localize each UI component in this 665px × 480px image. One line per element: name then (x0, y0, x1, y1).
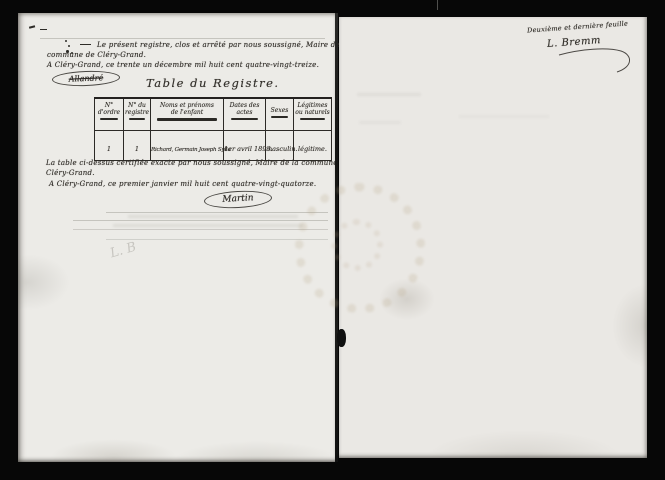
verifier-signature: L. Bremm (547, 35, 602, 50)
ruled-line (73, 220, 328, 221)
bleed-through-smudge (359, 121, 401, 124)
col-header-registre: N° du registre (124, 98, 151, 131)
ink-speck (40, 29, 47, 30)
ink-speck (68, 45, 70, 47)
ruled-line (106, 212, 328, 213)
cell-sexe: masculin. (266, 145, 298, 153)
register-table: N° d'ordre N° du registre Noms et prénom… (94, 97, 332, 161)
ink-speck (29, 25, 35, 28)
page-left: Le présent registre, clos et arrêté par … (18, 13, 336, 462)
cell-legitime: légitime. (298, 145, 327, 153)
cell-nom: Richard, Germain Joseph Sylla (151, 147, 231, 153)
closing-statement-line1: Le présent registre, clos et arrêté par … (97, 41, 349, 49)
table-header-row: N° d'ordre N° du registre Noms et prénom… (95, 98, 332, 131)
mayor-signature-crossed: Allandré (52, 70, 120, 87)
mayor-signature-martin: Martin (204, 189, 273, 210)
ruled-line (73, 229, 328, 230)
closing-statement-line3: A Cléry-Grand, ce trente un décembre mil… (47, 61, 319, 69)
bleed-through-smudge (459, 115, 549, 118)
bleed-through-smudge (128, 215, 298, 218)
certification-line2: Cléry-Grand. (46, 169, 95, 177)
header-underline (300, 118, 324, 120)
ruled-line (40, 38, 325, 39)
cell-ordre: 1 (107, 145, 111, 153)
col-header-noms: Noms et prénoms de l'enfant (151, 98, 224, 131)
bleed-through-smudge (357, 93, 421, 96)
closing-statement-line2: commune de Cléry-Grand. (47, 51, 146, 59)
col-header-sexes: Sexes (266, 98, 294, 131)
sheet-count-note: Deuxième et dernière feuille (527, 19, 629, 34)
scratch-mark (437, 0, 438, 10)
certification-line3: A Cléry-Grand, ce premier janvier mil hu… (49, 180, 316, 188)
ink-speck (65, 40, 67, 42)
pencil-initials: L. B (108, 240, 138, 262)
binding-gutter (335, 13, 338, 462)
page-right: Deuxième et dernière feuille L. Bremm (339, 17, 647, 458)
header-underline (231, 118, 258, 120)
ink-speck (80, 44, 91, 45)
table-row: 1 1 Richard, Germain Joseph Sylla 1er av… (95, 131, 332, 161)
ruled-line (106, 239, 328, 240)
col-header-legitimes: Légitimes ou naturels (294, 98, 332, 131)
header-underline (271, 116, 289, 118)
cell-registre: 1 (135, 145, 139, 153)
col-header-ordre: N° d'ordre (95, 98, 124, 131)
header-underline (129, 118, 146, 120)
col-header-dates: Dates des actes (224, 98, 266, 131)
header-underline (100, 118, 118, 120)
bleed-through-smudge (113, 224, 303, 227)
binding-fastener (337, 329, 346, 347)
certification-line1: La table ci-dessus certifiée exacte par … (46, 159, 349, 167)
scanned-register-spread: Le présent registre, clos et arrêté par … (0, 0, 665, 480)
header-underline (157, 118, 216, 121)
table-title: Table du Registre. (146, 76, 280, 90)
